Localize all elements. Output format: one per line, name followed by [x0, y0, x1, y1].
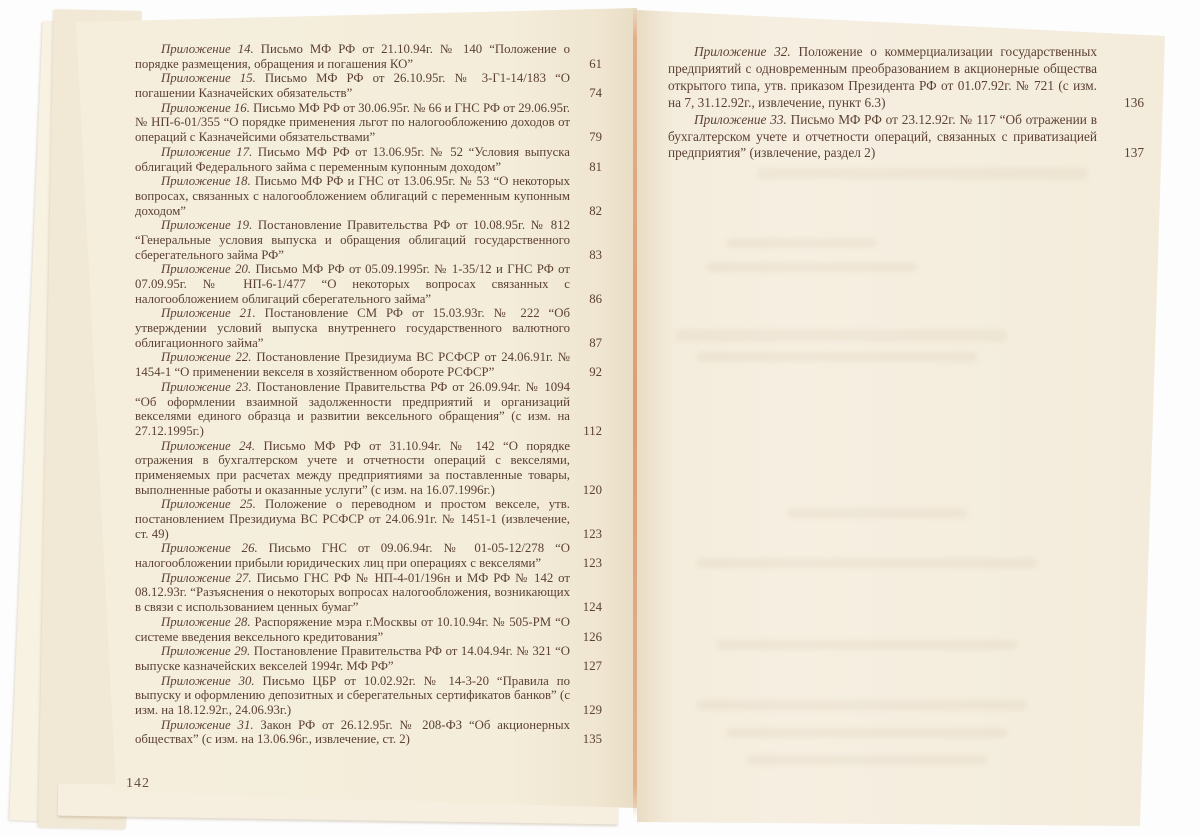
toc-entry-text: Приложение 21. Постановление СМ РФ от 15… — [135, 306, 570, 350]
open-book-photo: Приложение 14. Письмо МФ РФ от 21.10.94г… — [0, 0, 1200, 837]
toc-entry-text: Приложение 15. Письмо МФ РФ от 26.10.95г… — [135, 71, 570, 100]
bleed-through-texture — [727, 728, 1007, 738]
toc-entry: Приложение 26. Письмо ГНС от 09.06.94г. … — [135, 541, 602, 570]
toc-entry-label: Приложение 29. — [161, 644, 254, 658]
bleed-through-texture — [747, 755, 987, 765]
toc-entry-page-number: 79 — [570, 101, 602, 145]
toc-entry-page-number: 83 — [570, 218, 602, 262]
toc-entry-label: Приложение 14. — [161, 42, 261, 56]
toc-entry: Приложение 28. Распоряжение мэра г.Москв… — [135, 615, 602, 644]
toc-entry-text: Приложение 25. Положение о переводном и … — [135, 497, 570, 541]
toc-entry-label: Приложение 22. — [161, 350, 256, 364]
toc-entry-page-number: 126 — [570, 615, 602, 644]
toc-entry: Приложение 23. Постановление Правительст… — [135, 380, 602, 439]
toc-entry: Приложение 16. Письмо МФ РФ от 30.06.95г… — [135, 101, 602, 145]
toc-entry-text: Приложение 26. Письмо ГНС от 09.06.94г. … — [135, 541, 570, 570]
toc-entry: Приложение 21. Постановление СМ РФ от 15… — [135, 306, 602, 350]
bleed-through-texture — [707, 262, 917, 272]
toc-entry-text: Приложение 31. Закон РФ от 26.12.95г. № … — [135, 718, 570, 747]
toc-entry: Приложение 32. Положение о коммерциализа… — [668, 44, 1144, 112]
toc-entry-text: Приложение 24. Письмо МФ РФ от 31.10.94г… — [135, 439, 570, 498]
toc-entry-label: Приложение 15. — [161, 71, 265, 85]
toc-entry-page-number: 129 — [570, 674, 602, 718]
toc-entry-page-number: 120 — [570, 439, 602, 498]
toc-entry-page-number: 123 — [570, 497, 602, 541]
toc-entry: Приложение 25. Положение о переводном и … — [135, 497, 602, 541]
toc-entry-page-number: 86 — [570, 262, 602, 306]
toc-entry-text: Приложение 17. Письмо МФ РФ от 13.06.95г… — [135, 145, 570, 174]
bleed-through-texture — [717, 640, 1017, 650]
toc-entry-page-number: 135 — [570, 718, 602, 747]
toc-entry-page-number: 124 — [570, 571, 602, 615]
toc-entry-page-number: 123 — [570, 541, 602, 570]
toc-entry: Приложение 30. Письмо ЦБР от 10.02.92г. … — [135, 674, 602, 718]
toc-entry-label: Приложение 16. — [161, 101, 253, 115]
toc-entry: Приложение 20. Письмо МФ РФ от 05.09.199… — [135, 262, 602, 306]
toc-entry-text: Приложение 16. Письмо МФ РФ от 30.06.95г… — [135, 101, 570, 145]
toc-list-right: Приложение 32. Положение о коммерциализа… — [668, 44, 1144, 162]
toc-entry-page-number: 61 — [570, 42, 602, 71]
toc-entry-text: Приложение 23. Постановление Правительст… — [135, 380, 570, 439]
toc-entry: Приложение 19. Постановление Правительст… — [135, 218, 602, 262]
bleed-through-texture — [757, 168, 1087, 179]
bleed-through-texture — [697, 558, 1037, 568]
toc-entry: Приложение 17. Письмо МФ РФ от 13.06.95г… — [135, 145, 602, 174]
toc-entry-text: Приложение 28. Распоряжение мэра г.Москв… — [135, 615, 570, 644]
toc-entry: Приложение 15. Письмо МФ РФ от 26.10.95г… — [135, 71, 602, 100]
toc-list-left: Приложение 14. Письмо МФ РФ от 21.10.94г… — [135, 42, 602, 747]
toc-entry-text: Приложение 20. Письмо МФ РФ от 05.09.199… — [135, 262, 570, 306]
toc-entry-label: Приложение 23. — [161, 380, 256, 394]
toc-entry-label: Приложение 25. — [161, 497, 265, 511]
toc-entry: Приложение 33. Письмо МФ РФ от 23.12.92г… — [668, 112, 1144, 163]
toc-entry-label: Приложение 26. — [161, 541, 269, 555]
bleed-through-texture — [697, 352, 977, 362]
toc-entry-label: Приложение 30. — [161, 674, 263, 688]
left-page: Приложение 14. Письмо МФ РФ от 21.10.94г… — [62, 4, 637, 808]
right-page: Приложение 32. Положение о коммерциализа… — [637, 0, 1168, 834]
toc-entry-page-number: 127 — [570, 644, 602, 673]
toc-entry-label: Приложение 32. — [694, 44, 798, 59]
toc-entry-page-number: 137 — [1097, 112, 1144, 163]
bleed-through-texture — [697, 700, 1027, 710]
toc-entry-label: Приложение 17. — [161, 145, 258, 159]
toc-entry-label: Приложение 28. — [161, 615, 254, 629]
bleed-through-texture — [787, 508, 967, 518]
toc-entry-label: Приложение 21. — [161, 306, 265, 320]
toc-entry: Приложение 29. Постановление Правительст… — [135, 644, 602, 673]
toc-entry: Приложение 22. Постановление Президиума … — [135, 350, 602, 379]
toc-entry-text: Приложение 18. Письмо МФ РФ и ГНС от 13.… — [135, 174, 570, 218]
toc-entry-text: Приложение 32. Положение о коммерциализа… — [668, 44, 1097, 112]
toc-entry-text: Приложение 19. Постановление Правительст… — [135, 218, 570, 262]
page-number-left: 142 — [126, 776, 150, 792]
toc-entry-page-number: 82 — [570, 174, 602, 218]
toc-entry-page-number: 92 — [570, 350, 602, 379]
toc-entry: Приложение 18. Письмо МФ РФ и ГНС от 13.… — [135, 174, 602, 218]
toc-entry-label: Приложение 18. — [161, 174, 255, 188]
toc-entry-label: Приложение 33. — [694, 112, 791, 127]
book-spine-gutter — [633, 6, 637, 818]
toc-entry-label: Приложение 20. — [161, 262, 255, 276]
toc-entry-label: Приложение 27. — [161, 571, 257, 585]
bleed-through-texture — [727, 238, 877, 248]
toc-entry: Приложение 27. Письмо ГНС РФ № НП-4-01/1… — [135, 571, 602, 615]
toc-entry: Приложение 24. Письмо МФ РФ от 31.10.94г… — [135, 439, 602, 498]
toc-entry-label: Приложение 24. — [161, 439, 264, 453]
toc-entry-text: Приложение 29. Постановление Правительст… — [135, 644, 570, 673]
toc-entry-page-number: 74 — [570, 71, 602, 100]
toc-entry: Приложение 31. Закон РФ от 26.12.95г. № … — [135, 718, 602, 747]
toc-entry-page-number: 112 — [570, 380, 602, 439]
toc-entry: Приложение 14. Письмо МФ РФ от 21.10.94г… — [135, 42, 602, 71]
toc-entry-text: Приложение 27. Письмо ГНС РФ № НП-4-01/1… — [135, 571, 570, 615]
toc-entry-text: Приложение 33. Письмо МФ РФ от 23.12.92г… — [668, 112, 1097, 163]
toc-entry-page-number: 87 — [570, 306, 602, 350]
toc-entry-label: Приложение 31. — [161, 718, 260, 732]
toc-entry-label: Приложение 19. — [161, 218, 258, 232]
bleed-through-texture — [677, 330, 1007, 341]
toc-entry-text: Приложение 22. Постановление Президиума … — [135, 350, 570, 379]
toc-entry-page-number: 136 — [1097, 44, 1144, 112]
toc-entry-page-number: 81 — [570, 145, 602, 174]
toc-entry-text: Приложение 30. Письмо ЦБР от 10.02.92г. … — [135, 674, 570, 718]
toc-entry-text: Приложение 14. Письмо МФ РФ от 21.10.94г… — [135, 42, 570, 71]
